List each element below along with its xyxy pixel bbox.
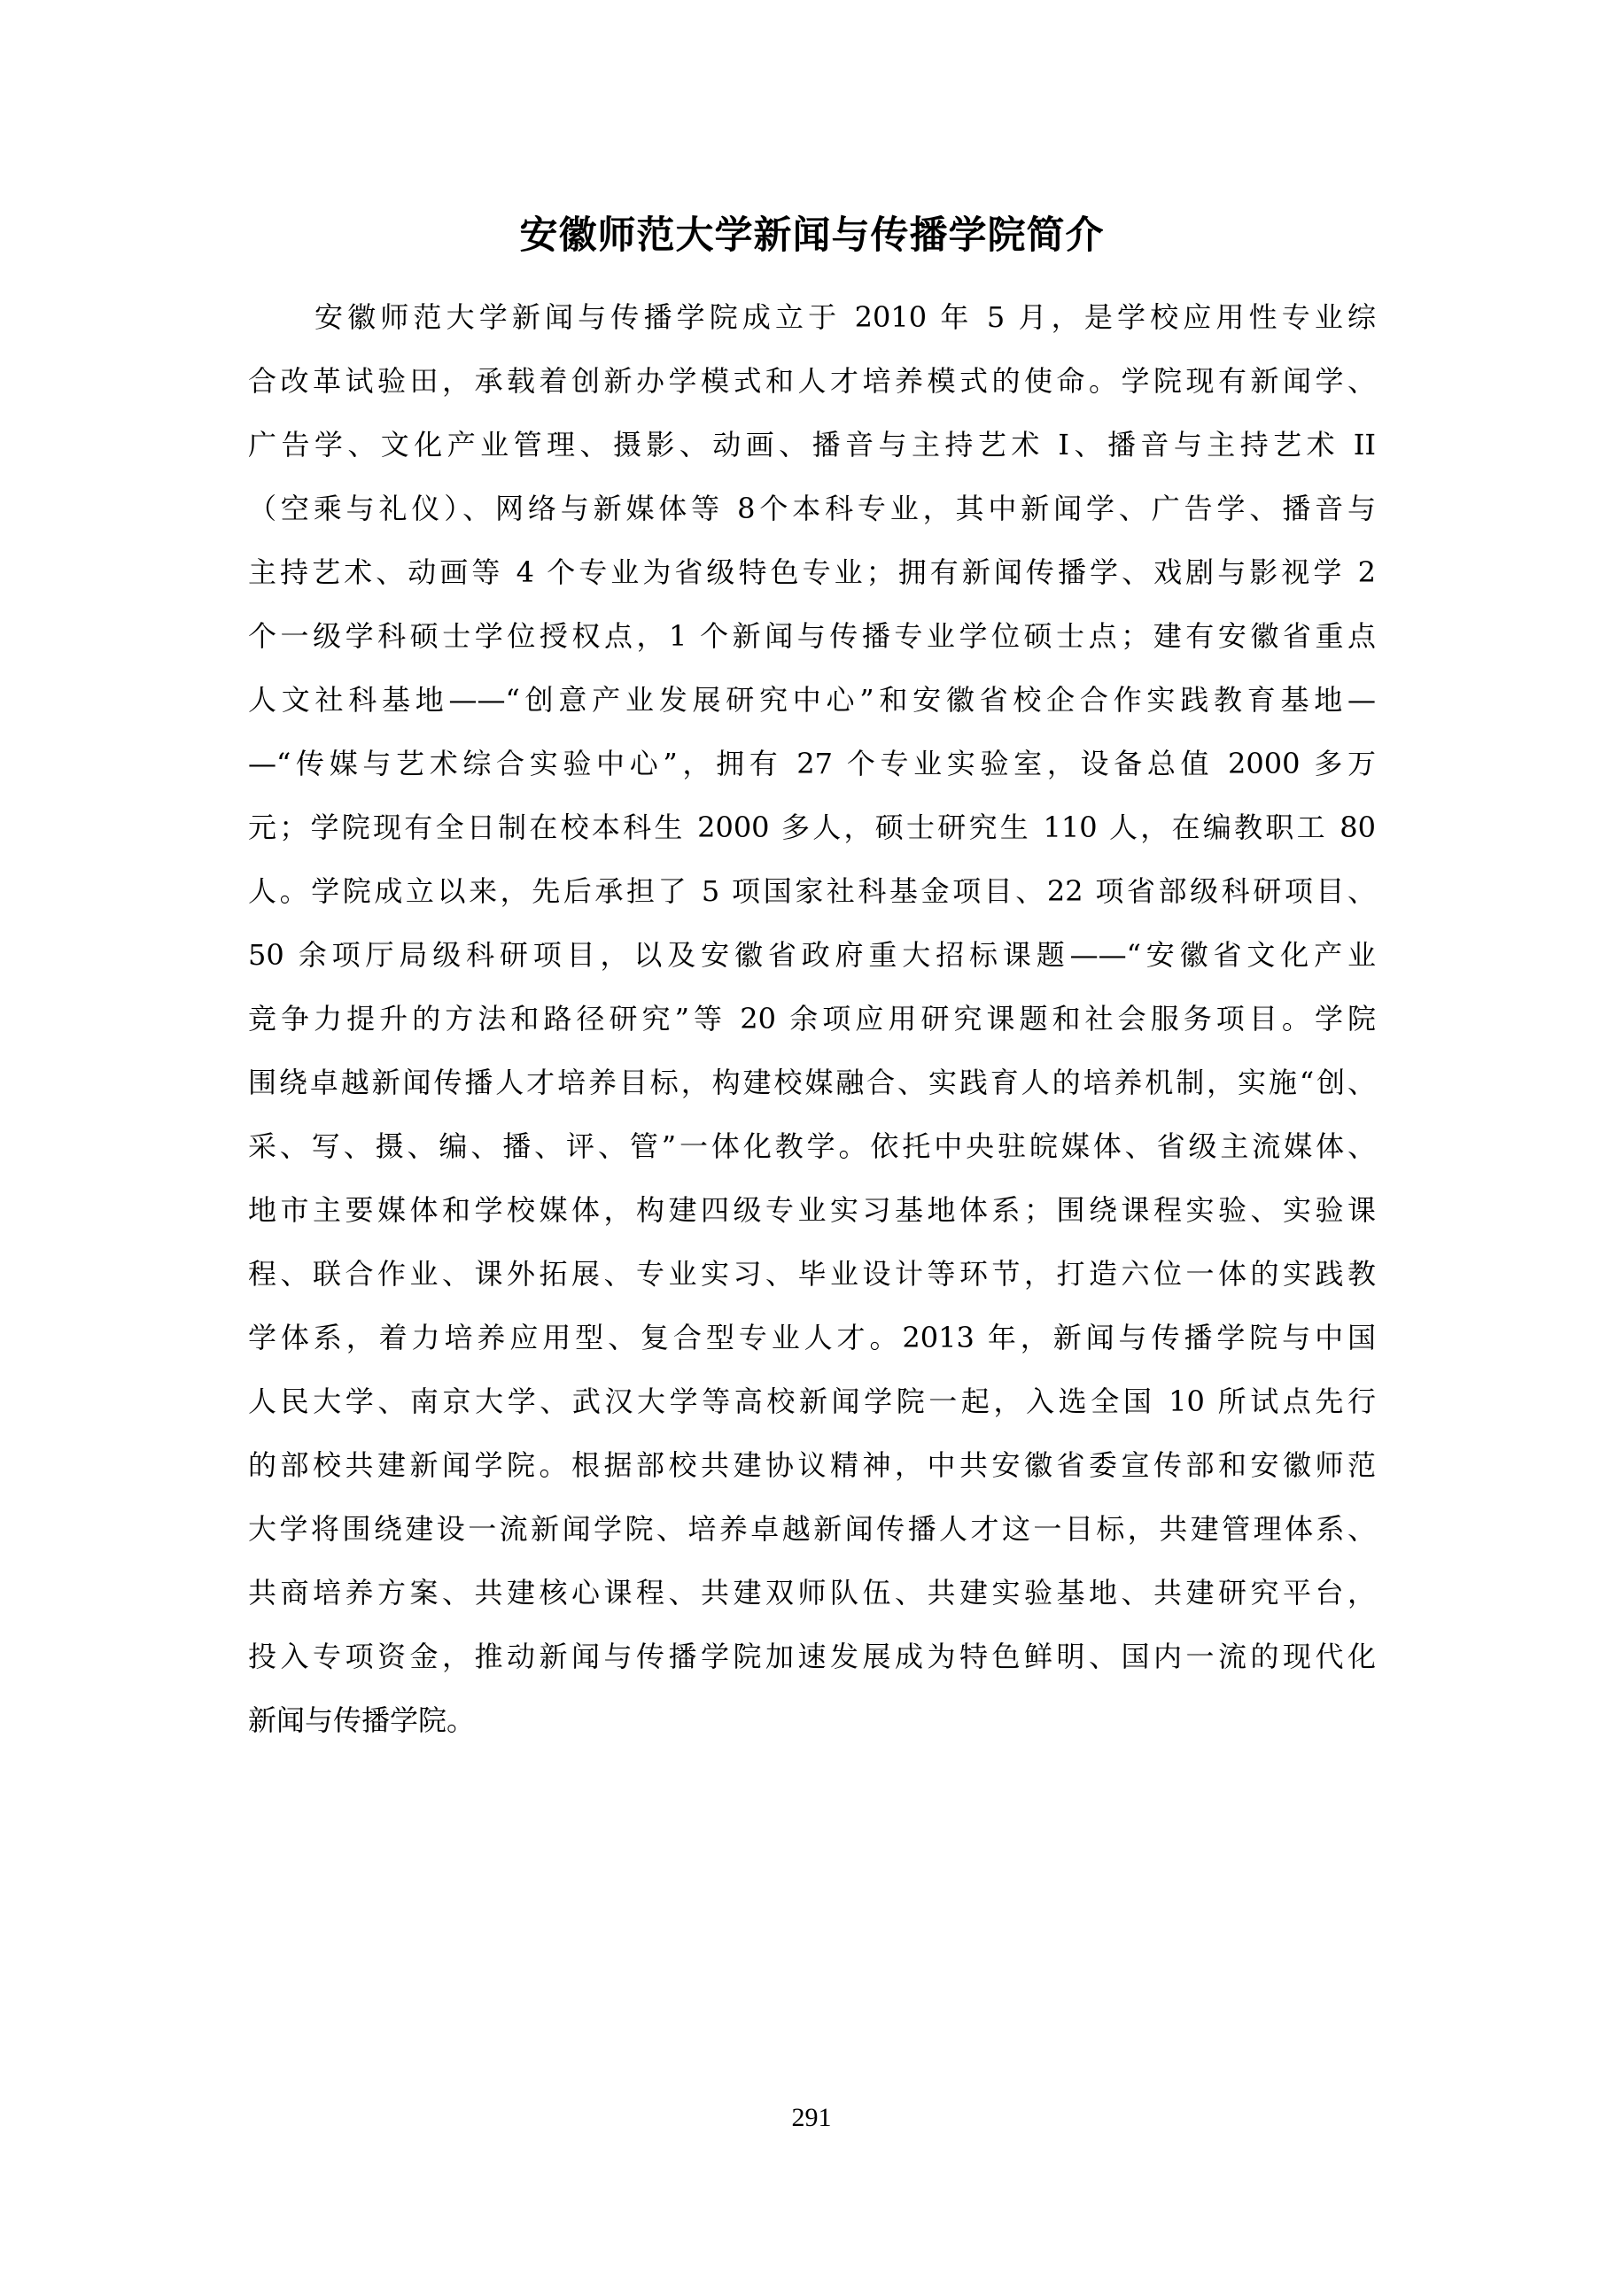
paragraph-line-10: 人。学院成立以来，先后承担了 5 项国家社科基金项目、22 项省部级科研项目、 (248, 859, 1376, 923)
paragraph-line-20: 大学将围绕建设一流新闻学院、培养卓越新闻传播人才这一目标，共建管理体系、 (248, 1497, 1376, 1561)
paragraph-line-6: 个一级学科硕士学位授权点，1 个新闻与传播专业学位硕士点；建有安徽省重点 (248, 604, 1376, 668)
paragraph-line-1: 安徽师范大学新闻与传播学院成立于 2010 年 5 月，是学校应用性专业综 (248, 285, 1376, 349)
body-paragraph: 安徽师范大学新闻与传播学院成立于 2010 年 5 月，是学校应用性专业综合改革… (248, 285, 1376, 1752)
paragraph-line-14: 采、写、摄、编、播、评、管”一体化教学。依托中央驻皖媒体、省级主流媒体、 (248, 1114, 1376, 1178)
paragraph-line-11: 50 余项厅局级科研项目，以及安徽省政府重大招标课题——“安徽省文化产业 (248, 923, 1376, 987)
paragraph-line-4: （空乘与礼仪）、网络与新媒体等 8个本科专业，其中新闻学、广告学、播音与 (248, 477, 1376, 540)
paragraph-line-8: —“传媒与艺术综合实验中心”，拥有 27 个专业实验室，设备总值 2000 多万 (248, 732, 1376, 795)
paragraph-line-23: 新闻与传播学院。 (248, 1688, 1376, 1752)
page-title: 安徽师范大学新闻与传播学院简介 (248, 213, 1376, 259)
paragraph-line-15: 地市主要媒体和学校媒体，构建四级专业实习基地体系；围绕课程实验、实验课 (248, 1178, 1376, 1242)
paragraph-line-18: 人民大学、南京大学、武汉大学等高校新闻学院一起，入选全国 10 所试点先行 (248, 1369, 1376, 1433)
paragraph-line-5: 主持艺术、动画等 4 个专业为省级特色专业；拥有新闻传播学、戏剧与影视学 2 (248, 540, 1376, 604)
paragraph-line-13: 围绕卓越新闻传播人才培养目标，构建校媒融合、实践育人的培养机制，实施“创、 (248, 1051, 1376, 1114)
paragraph-line-12: 竞争力提升的方法和路径研究”等 20 余项应用研究课题和社会服务项目。学院 (248, 987, 1376, 1051)
paragraph-line-16: 程、联合作业、课外拓展、专业实习、毕业设计等环节，打造六位一体的实践教 (248, 1242, 1376, 1306)
paragraph-line-9: 元；学院现有全日制在校本科生 2000 多人，硕士研究生 110 人，在编教职工… (248, 795, 1376, 859)
paragraph-line-7: 人文社科基地——“创意产业发展研究中心”和安徽省校企合作实践教育基地— (248, 668, 1376, 732)
paragraph-line-22: 投入专项资金，推动新闻与传播学院加速发展成为特色鲜明、国内一流的现代化 (248, 1625, 1376, 1688)
paragraph-line-21: 共商培养方案、共建核心课程、共建双师队伍、共建实验基地、共建研究平台， (248, 1561, 1376, 1625)
paragraph-line-19: 的部校共建新闻学院。根据部校共建协议精神，中共安徽省委宣传部和安徽师范 (248, 1433, 1376, 1497)
paragraph-line-3: 广告学、文化产业管理、摄影、动画、播音与主持艺术 I、播音与主持艺术 II (248, 413, 1376, 477)
paragraph-line-17: 学体系，着力培养应用型、复合型专业人才。2013 年，新闻与传播学院与中国 (248, 1306, 1376, 1369)
document-page: 安徽师范大学新闻与传播学院简介 安徽师范大学新闻与传播学院成立于 2010 年 … (0, 0, 1623, 2296)
page-number: 291 (0, 2103, 1623, 2133)
paragraph-line-2: 合改革试验田，承载着创新办学模式和人才培养模式的使命。学院现有新闻学、 (248, 349, 1376, 413)
